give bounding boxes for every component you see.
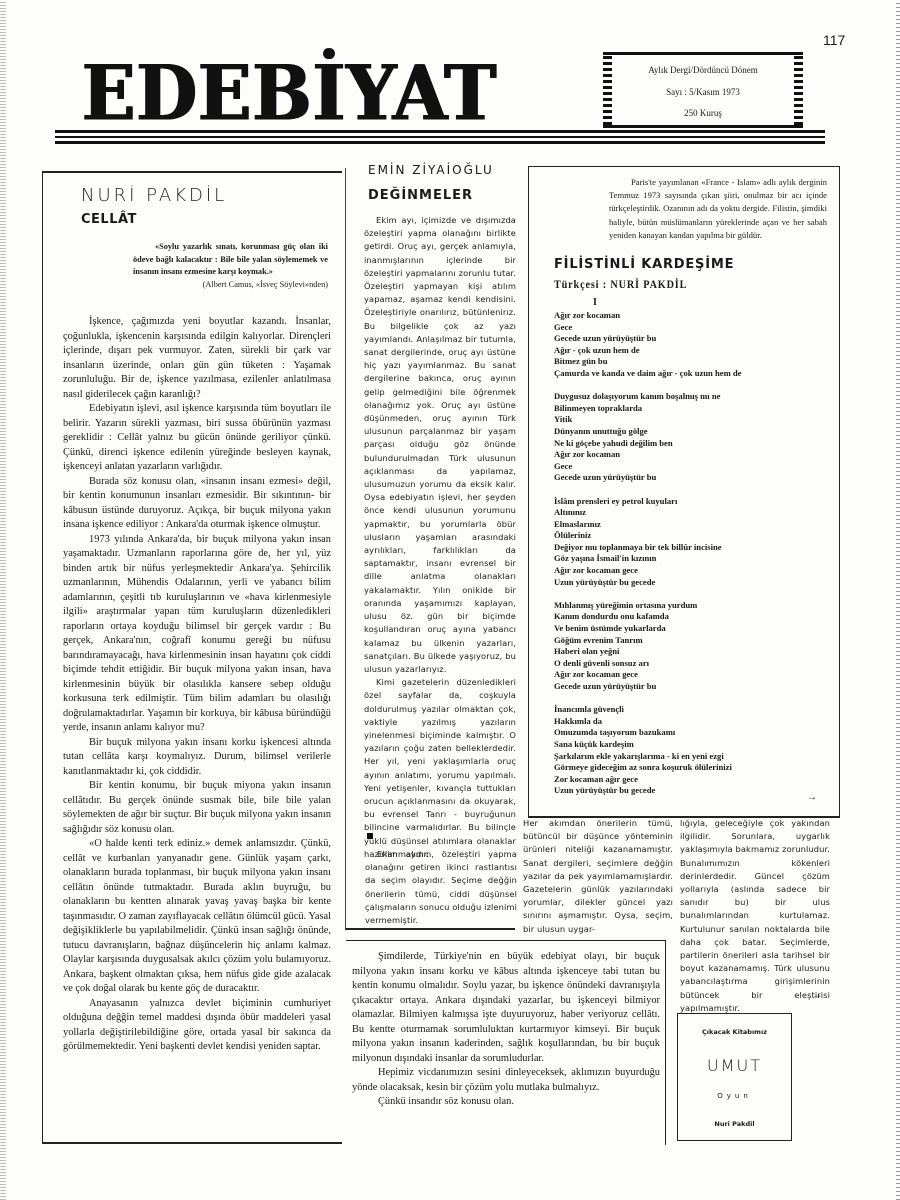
poem-line: Yitik: [554, 414, 834, 426]
poem-line: Zor kocaman ağır gece: [554, 774, 834, 786]
bottom-article-body: Şimdilerde, Türkiye'nin en büyük edebiya…: [352, 950, 660, 1110]
poem-line: Kanım dondurdu onu kafamda: [554, 611, 834, 623]
page-edge-left: [0, 0, 6, 1200]
epigraph-source: (Albert Camus, «İsveç Söylevi»nden): [133, 279, 328, 292]
poem-line: Çamurda ve kanda ve daim ağır - çok uzun…: [554, 368, 834, 380]
poem-line: Haberi olan yeğni: [554, 646, 834, 658]
poem-line: Bilinmeyen topraklarda: [554, 403, 834, 415]
poem-line: Göz yaşına İsmail'in kızının: [554, 553, 834, 565]
poem-line: Gecede uzun yürüyüştür bu: [554, 472, 834, 484]
poem-lines: Ağır zor kocamanGeceGecede uzun yürüyüşt…: [554, 310, 834, 809]
paragraph: 1973 yılında Ankara'da, bir buçuk milyon…: [63, 533, 331, 736]
paragraph: Her akımdan önerilerin tümü, bütüncül bi…: [523, 817, 673, 936]
poem-title: FİLİSTİNLİ KARDEŞİME: [554, 257, 734, 272]
paragraph: Ekim ayı, içimizde ve dışımızda özeleşti…: [364, 214, 516, 676]
article-body: İşkence, çağımızda yeni boyutlar kazandı…: [63, 315, 331, 1055]
paragraph: Çünkü insandır söz konusu olan.: [352, 1095, 660, 1110]
epigraph: «Soylu yazarlık sınatı, korunması güç ol…: [133, 241, 328, 291]
article-body: Ekim ayı, içimizde ve dışımızda özeleşti…: [364, 214, 516, 861]
poem-line: Gecede uzun yürüyüştür bu: [554, 681, 834, 693]
page-edge-right: [896, 0, 900, 1200]
paragraph: lığıyla, geleceğiyle çok yakından ilgili…: [680, 817, 830, 1015]
poem-line: Uzun yürüyüştür bu gecede: [554, 577, 834, 589]
paragraph: Burada söz konusu olan, «insanın insanı …: [63, 475, 331, 533]
poem-line: Değiyor mu toplanmaya bir tek billûr inc…: [554, 542, 834, 554]
article-cellat: NURİ PAKDİL CELLÂT «Soylu yazarlık sınat…: [42, 171, 342, 1144]
poem-stanza: Mıhlanmış yüreğimin ortasına yurdumKanım…: [554, 600, 834, 693]
poem-box: Paris'te yayımlanan «France - Islam» adl…: [528, 166, 840, 818]
paragraph: Bir kentin konumu, bir buçuk miyona yakı…: [63, 779, 331, 837]
poem-line: Ve benim üstümde yukarlarda: [554, 623, 834, 635]
poem-line: Göğüm evrenim Tanrım: [554, 635, 834, 647]
page-number: 117: [823, 32, 845, 48]
poem-line: Elmaslarınız: [554, 519, 834, 531]
advert-book-title: UMUT: [678, 1056, 791, 1075]
poem-line: Ağır zor kocaman gece: [554, 669, 834, 681]
article-author: EMİN ZİYAİOĞLU: [368, 163, 494, 177]
book-advert: Çıkacak Kitabımız UMUT Oyun Nuri Pakdil: [677, 1013, 792, 1141]
section-bullet-icon: [367, 833, 373, 839]
poem-line: Ağır zor kocaman: [554, 449, 834, 461]
advert-author: Nuri Pakdil: [678, 1120, 791, 1128]
paragraph: Hepimiz vicdanımızın sesini dinleyecekse…: [352, 1066, 660, 1095]
poem-line: Altınınız: [554, 507, 834, 519]
poem-line: İnancımla güvençli: [554, 704, 834, 716]
paragraph: Bir buçuk milyona yakın insanı korku işk…: [63, 736, 331, 780]
poem-line: Uzun yürüyüştür bu gecede: [554, 785, 834, 797]
advert-genre: Oyun: [678, 1092, 791, 1100]
issue-price: 250 Kuruş: [603, 108, 803, 118]
poem-intro-text: Paris'te yayımlanan «France - Islam» adl…: [609, 176, 827, 242]
paragraph: Anayasanın yalnızca devlet biçiminin cum…: [63, 997, 331, 1055]
poem-part-number: I: [593, 297, 597, 308]
article-title: CELLÂT: [81, 212, 137, 227]
poem-line: İslâm prensleri ey petrol kuyuları: [554, 496, 834, 508]
poem-stanza: Ağır zor kocamanGeceGecede uzun yürüyüşt…: [554, 310, 834, 380]
poem-line: Hakkımla da: [554, 716, 834, 728]
poem-intro: Paris'te yayımlanan «France - Islam» adl…: [609, 176, 827, 242]
paragraph: Ekim ayının, özeleştiri yapma olanağını …: [365, 848, 517, 927]
poem-line: Ağır - çok uzun hem de: [554, 345, 834, 357]
poem-stanza: İslâm prensleri ey petrol kuyularıAltını…: [554, 496, 834, 589]
masthead-title: EDEBİYAT: [82, 56, 497, 132]
poem-line: Gece: [554, 461, 834, 473]
continued-arrow-icon: →: [812, 990, 822, 1001]
advert-heading: Çıkacak Kitabımız: [678, 1028, 791, 1036]
poem-line: O denli güvenli sonsuz arı: [554, 658, 834, 670]
poem-line: Ölüleriniz: [554, 530, 834, 542]
continued-arrow-icon: →: [807, 792, 817, 803]
poem-line: Görmeye gideceğim az sonra koşuruk ölüle…: [554, 762, 834, 774]
paragraph: Şimdilerde, Türkiye'nin en büyük edebiya…: [352, 950, 660, 1066]
article-body-continued: Ekim ayının, özeleştiri yapma olanağını …: [365, 848, 517, 927]
poem-line: Gecede uzun yürüyüştür bu: [554, 333, 834, 345]
poem-line: Ne ki göçebe yahudi değilim ben: [554, 438, 834, 450]
issue-periodical: Aylık Dergi/Dördüncü Dönem: [603, 65, 803, 75]
issue-info-box: Aylık Dergi/Dördüncü Dönem Sayı : 5/Kası…: [603, 52, 803, 128]
poem-line: Omuzumda taşıyorum bazukamı: [554, 727, 834, 739]
issue-number-date: Sayı : 5/Kasım 1973: [603, 87, 803, 97]
poem-stanza: Duygusuz dolaşıyorum kanım boşalmış mı n…: [554, 391, 834, 484]
poem-line: Sana küçük kardeşim: [554, 739, 834, 751]
poem-line: Ağır zor kocaman: [554, 310, 834, 322]
paragraph: Kimi gazetelerin düzenledikleri özel say…: [364, 676, 516, 861]
paragraph: İşkence, çağımızda yeni boyutlar kazandı…: [63, 315, 331, 402]
poem-translator: Türkçesi : NURİ PAKDİL: [554, 277, 687, 292]
poem-line: Şarkılarım ekle yakarışlarıma - ki en ye…: [554, 751, 834, 763]
article-author: NURİ PAKDİL: [81, 185, 227, 206]
article-title: DEĞİNMELER: [368, 188, 473, 203]
poem-line: Gece: [554, 322, 834, 334]
poem-line: Ağır zor kocaman gece: [554, 565, 834, 577]
poem-stanza: İnancımla güvençliHakkımla daOmuzumda ta…: [554, 704, 834, 797]
poem-line: Bitmez gün bu: [554, 356, 834, 368]
article-continuation-2: lığıyla, geleceğiyle çok yakından ilgili…: [680, 817, 830, 1015]
paragraph: Edebiyatın işlevi, asıl işkence karşısın…: [63, 402, 331, 475]
paragraph: «O halde kenti terk ediniz.» demek anlam…: [63, 837, 331, 997]
poem-line: Mıhlanmış yüreğimin ortasına yurdum: [554, 600, 834, 612]
poem-line: Dünyanın unuttuğu gölge: [554, 426, 834, 438]
poem-line: Duygusuz dolaşıyorum kanım boşalmış mı n…: [554, 391, 834, 403]
masthead-rules: [55, 130, 825, 147]
article-continuation-1: Her akımdan önerilerin tümü, bütüncül bi…: [523, 817, 673, 936]
epigraph-text: «Soylu yazarlık sınatı, korunması güç ol…: [133, 241, 328, 279]
